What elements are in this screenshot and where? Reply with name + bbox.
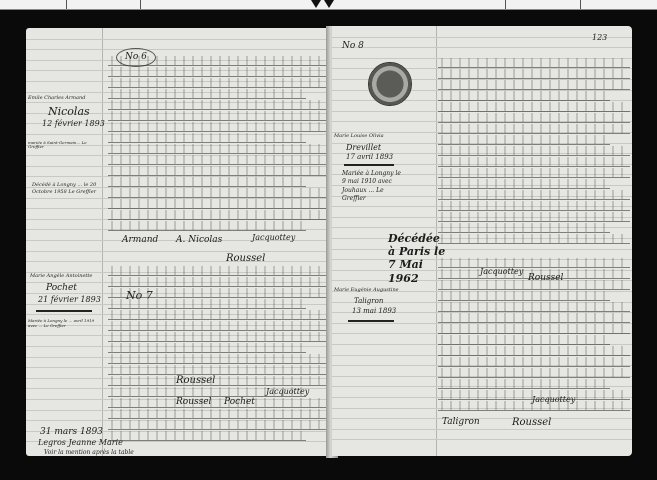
margin-annotation: Mariée à Longny le ... avril 1919 avec .… bbox=[28, 318, 102, 328]
ruled-line bbox=[332, 429, 632, 430]
ruled-line bbox=[26, 39, 332, 40]
handwritten-text-line bbox=[438, 190, 630, 200]
margin-note: mariée à Saint-Germain... Le Greffier bbox=[28, 141, 100, 149]
ruled-line bbox=[332, 249, 632, 250]
handwritten-text-line bbox=[108, 310, 326, 320]
signature: Taligron bbox=[442, 418, 480, 427]
handwritten-text-line bbox=[108, 354, 326, 364]
margin-date: 21 février 1893 bbox=[38, 296, 101, 304]
handwritten-text-line bbox=[438, 390, 630, 400]
handwritten-text-line bbox=[108, 321, 326, 331]
handwritten-text-line bbox=[438, 324, 630, 334]
handwritten-text-line bbox=[108, 299, 306, 309]
margin-surname: Nicolas bbox=[48, 106, 90, 117]
handwritten-text-line bbox=[108, 288, 326, 298]
handwritten-text-line bbox=[108, 365, 326, 375]
handwritten-text-line bbox=[108, 78, 326, 88]
handwritten-text-line bbox=[108, 177, 306, 187]
bottom-note-date: 31 mars 1893 bbox=[40, 428, 103, 437]
page-turn-arrow-icon[interactable] bbox=[311, 0, 321, 8]
bottom-note-text: Voir la mention après la table bbox=[44, 450, 134, 456]
handwritten-text-line bbox=[108, 266, 326, 276]
handwritten-text-line bbox=[108, 332, 326, 342]
toolbar-separator bbox=[66, 0, 67, 9]
handwritten-text-line bbox=[108, 210, 326, 220]
handwritten-text-line bbox=[438, 379, 610, 389]
page-turn-arrow-icon[interactable] bbox=[324, 0, 334, 8]
handwritten-text-line bbox=[438, 157, 630, 167]
ruled-line bbox=[332, 418, 632, 419]
handwritten-text-line bbox=[108, 199, 326, 209]
handwritten-text-line bbox=[438, 102, 630, 112]
signature: Roussel bbox=[512, 418, 551, 428]
ruled-line bbox=[26, 261, 332, 262]
handwritten-text-line bbox=[438, 291, 610, 301]
margin-surname: Taligron bbox=[354, 298, 383, 305]
handwritten-text-line bbox=[438, 179, 610, 189]
handwritten-text-line bbox=[108, 376, 326, 386]
handwritten-text-line bbox=[438, 313, 630, 323]
margin-underline bbox=[344, 164, 394, 166]
margin-date: 17 avril 1893 bbox=[346, 154, 393, 161]
toolbar-separator bbox=[140, 0, 141, 9]
handwritten-text-line bbox=[438, 401, 630, 411]
handwritten-text-line bbox=[438, 69, 630, 79]
handwritten-text-line bbox=[108, 100, 326, 110]
handwritten-text-line bbox=[108, 122, 326, 132]
handwritten-text-line bbox=[438, 335, 610, 345]
handwritten-text-line bbox=[108, 133, 306, 143]
handwritten-text-line bbox=[438, 124, 630, 134]
toolbar-separator bbox=[505, 0, 506, 9]
handwritten-text-line bbox=[108, 420, 326, 430]
margin-date: 12 février 1893 bbox=[42, 120, 105, 128]
handwritten-text-line bbox=[438, 346, 630, 356]
handwritten-text-line bbox=[438, 80, 630, 90]
handwritten-text-line bbox=[438, 58, 630, 68]
handwritten-text-line bbox=[108, 343, 306, 353]
handwritten-text-line bbox=[438, 357, 630, 367]
handwritten-text-line bbox=[438, 368, 630, 378]
handwritten-text-line bbox=[108, 431, 306, 441]
ruled-line bbox=[332, 37, 632, 38]
margin-surname: Pochet bbox=[46, 284, 77, 293]
handwritten-text-line bbox=[438, 212, 630, 222]
ruled-line bbox=[26, 49, 332, 50]
handwritten-text-line bbox=[438, 91, 610, 101]
handwritten-text-line bbox=[108, 221, 306, 231]
margin-surname: Drevillet bbox=[346, 144, 381, 152]
margin-annotation: Mariée à Longny le 9 mai 1910 avec Jouha… bbox=[342, 170, 406, 204]
handwritten-text-line bbox=[108, 155, 326, 165]
handwritten-text-line bbox=[438, 201, 630, 211]
margin-given-names: Marie Angèle Antoinette bbox=[30, 274, 92, 279]
handwritten-text-line bbox=[438, 223, 610, 233]
republique-francaise-seal bbox=[368, 62, 412, 106]
handwritten-text-line bbox=[108, 67, 326, 77]
handwritten-text-line bbox=[108, 89, 306, 99]
handwritten-text-line bbox=[438, 234, 630, 244]
handwritten-text-line bbox=[438, 146, 630, 156]
margin-given-names: Marie Louise Olivia bbox=[334, 134, 384, 139]
margin-annotation: Décédé à Longny ... le 20 Octobre 1958 L… bbox=[32, 182, 102, 195]
handwritten-text-line bbox=[108, 387, 306, 397]
toolbar-separator bbox=[580, 0, 581, 9]
ruled-line bbox=[332, 47, 632, 48]
handwritten-text-line bbox=[438, 113, 630, 123]
signature: Jacquottey bbox=[252, 234, 295, 242]
handwritten-text-line bbox=[108, 277, 326, 287]
viewer-toolbar bbox=[0, 0, 657, 10]
signature: Armand bbox=[122, 236, 158, 245]
handwritten-text-line bbox=[108, 144, 326, 154]
handwritten-text-line bbox=[108, 56, 326, 66]
handwritten-text-line bbox=[108, 188, 326, 198]
handwritten-text-line bbox=[108, 111, 326, 121]
margin-date: 13 mai 1893 bbox=[352, 308, 396, 315]
margin-given-names: Marie Eugénie Augustine bbox=[334, 288, 399, 293]
ruled-line bbox=[332, 439, 632, 440]
margin-underline bbox=[348, 320, 394, 322]
ruled-line bbox=[26, 251, 332, 252]
signature: A. Nicolas bbox=[176, 236, 222, 245]
act-number: No 8 bbox=[342, 42, 364, 51]
handwritten-text-line bbox=[108, 409, 326, 419]
handwritten-text-line bbox=[438, 168, 630, 178]
signature: Roussel bbox=[226, 254, 265, 264]
margin-given-names: Emile Charles Armand bbox=[28, 96, 85, 101]
handwritten-text-line bbox=[108, 166, 326, 176]
handwritten-text-line bbox=[438, 135, 610, 145]
folio-number: 123 bbox=[592, 34, 607, 42]
handwritten-text-line bbox=[438, 269, 630, 279]
handwritten-text-line bbox=[438, 302, 630, 312]
handwritten-text-line bbox=[438, 258, 630, 268]
handwritten-text-line bbox=[438, 280, 630, 290]
handwritten-text-line bbox=[108, 398, 326, 408]
margin-underline bbox=[36, 310, 92, 312]
